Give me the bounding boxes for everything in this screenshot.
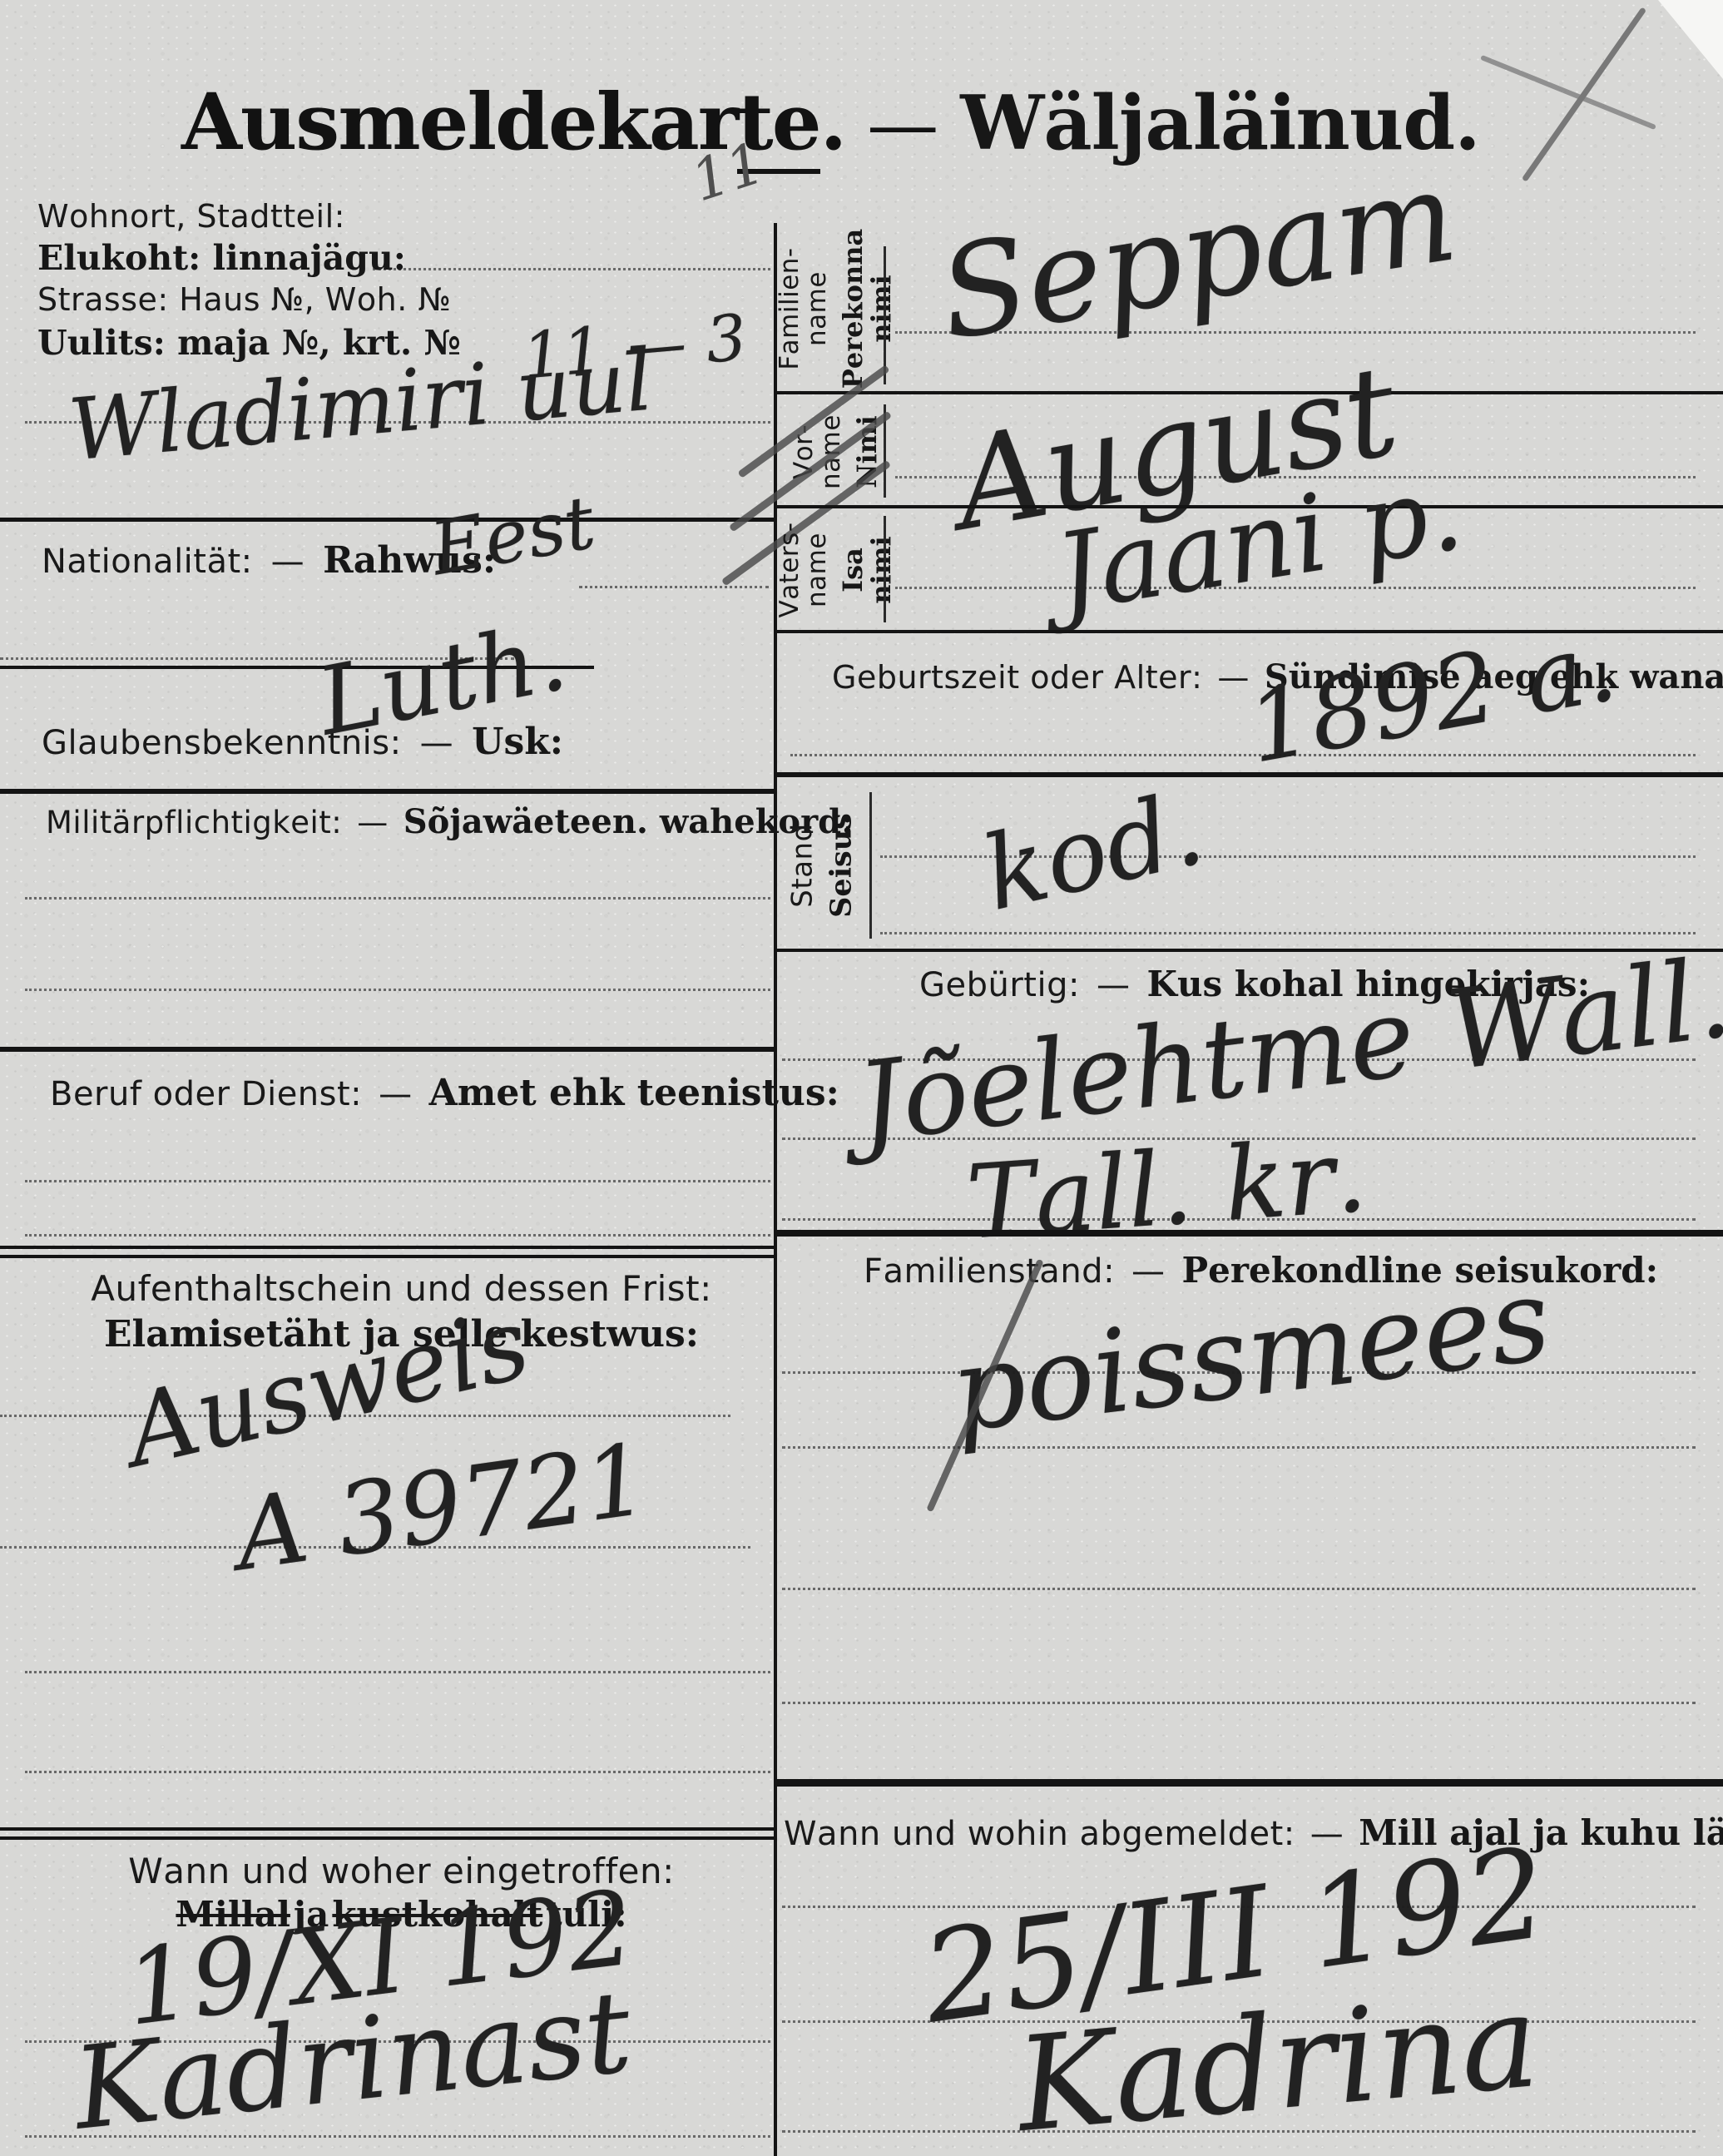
label-wohnort-de: Wohnort, Stadtteil:: [37, 198, 345, 235]
dotted-line: [790, 754, 1696, 756]
label-strasse-de: Strasse: Haus №, Woh. №: [37, 281, 451, 318]
label-patronymic-de1: Vaters-: [776, 522, 804, 617]
label-departure-de: Wann und wohin abgemeldet:: [784, 1815, 1295, 1853]
handwriting-nationality: Eest: [425, 479, 602, 592]
label-occupation-de: Beruf oder Dienst:: [50, 1075, 362, 1113]
dotted-line: [25, 1671, 770, 1673]
dotted-line: [25, 989, 770, 991]
label-surname-et2: nimi: [868, 229, 896, 389]
rule-line: [0, 1836, 774, 1840]
label-patronymic: Vaters- name Isa nimi: [775, 509, 897, 630]
dotted-line: [0, 1546, 750, 1549]
dotted-line: [0, 1415, 730, 1417]
dotted-line: [25, 1180, 770, 1182]
label-origin-de: Gebürtig:: [919, 966, 1080, 1004]
label-elukoht-et: Elukoht: linnajägu:: [37, 238, 406, 278]
handwriting-surname: Seppam: [930, 141, 1465, 368]
rule-line: [775, 772, 1723, 777]
pencil-cross-stroke: [1522, 7, 1646, 181]
dotted-line: [373, 268, 770, 270]
dotted-line: [782, 2130, 1696, 2133]
label-nationality-de: Nationalität:: [42, 543, 253, 581]
dotted-line: [782, 1218, 1696, 1221]
label-permit-de: Aufenthaltschein und dessen Frist:: [50, 1268, 753, 1309]
rule-line: [775, 1230, 1723, 1237]
rule-line: [0, 1255, 774, 1258]
dotted-line: [25, 2135, 770, 2138]
dotted-line: [782, 1906, 1696, 1908]
field-religion: Glaubensbekenntnis: — Usk:: [42, 721, 563, 763]
label-surname-de1: Familien-: [776, 247, 804, 369]
title-dash: —: [867, 83, 938, 166]
label-patronymic-et2: nimi: [868, 536, 896, 603]
label-birth-de: Geburtszeit oder Alter:: [832, 659, 1202, 696]
label-dash: —: [379, 1075, 413, 1113]
dotted-line: [25, 1234, 770, 1237]
rule-line: [884, 246, 886, 384]
title-german-period: .: [820, 77, 846, 168]
dotted-line: [782, 1446, 1696, 1449]
dotted-line: [782, 1702, 1696, 1704]
cut-corner: [1658, 0, 1723, 79]
rule-line: [0, 1246, 774, 1249]
rule-line: [775, 1779, 1723, 1787]
rule-line: [884, 516, 886, 622]
label-marital-de: Familienstand:: [864, 1252, 1115, 1291]
label-status: Stand Seisus: [775, 786, 869, 944]
rule-line: [869, 792, 872, 939]
dotted-line: [25, 1771, 770, 1773]
label-dash: —: [357, 805, 389, 840]
rule-line: [0, 518, 774, 522]
label-status-de: Stand: [787, 823, 817, 907]
title-german: Ausmeldekar: [181, 77, 737, 168]
dotted-line: [782, 1371, 1696, 1374]
rule-line: [0, 789, 774, 794]
rule-line: [0, 1047, 774, 1052]
ausmeldekarte-card: Ausmeldekarte. — Wäljaläinud. Wohnort, S…: [0, 0, 1723, 2156]
label-surname: Familien- name Perekonna nimi: [775, 226, 897, 391]
label-patronymic-et1: Isa: [839, 536, 868, 603]
page-title: Ausmeldekarte. — Wäljaläinud.: [181, 77, 1480, 168]
label-surname-de2: name: [804, 247, 831, 369]
field-occupation: Beruf oder Dienst: — Amet ehk teenistus:: [50, 1072, 839, 1114]
dotted-line: [782, 1588, 1696, 1590]
handwriting-birth-year: 1892 a.: [1239, 607, 1624, 785]
label-patronymic-de2: name: [804, 522, 831, 617]
label-dash: —: [271, 543, 305, 581]
field-military: Militärpflichtigkeit: — Sõjawäeteen. wah…: [46, 802, 854, 841]
dotted-line: [25, 897, 770, 900]
field-nationality: Nationalität: — Rahwus:: [42, 539, 496, 582]
label-dash: —: [1131, 1252, 1166, 1291]
label-occupation-et: Amet ehk teenistus:: [429, 1072, 839, 1114]
label-arrival-de: Wann und woher eingetroffen:: [50, 1851, 753, 1891]
label-religion-et: Usk:: [472, 721, 563, 763]
label-dash: —: [1310, 1815, 1344, 1853]
label-status-et: Seisus: [825, 813, 856, 918]
field-departure: Wann und wohin abgemeldet: — Mill ajal j…: [784, 1812, 1723, 1853]
dotted-line: [579, 586, 769, 588]
label-military-de: Militärpflichtigkeit:: [46, 805, 342, 840]
label-dash: —: [1097, 966, 1131, 1004]
handwriting-status: kod.: [973, 769, 1213, 934]
rule-line: [0, 1827, 774, 1831]
label-surname-et1: Perekonna: [839, 229, 868, 389]
